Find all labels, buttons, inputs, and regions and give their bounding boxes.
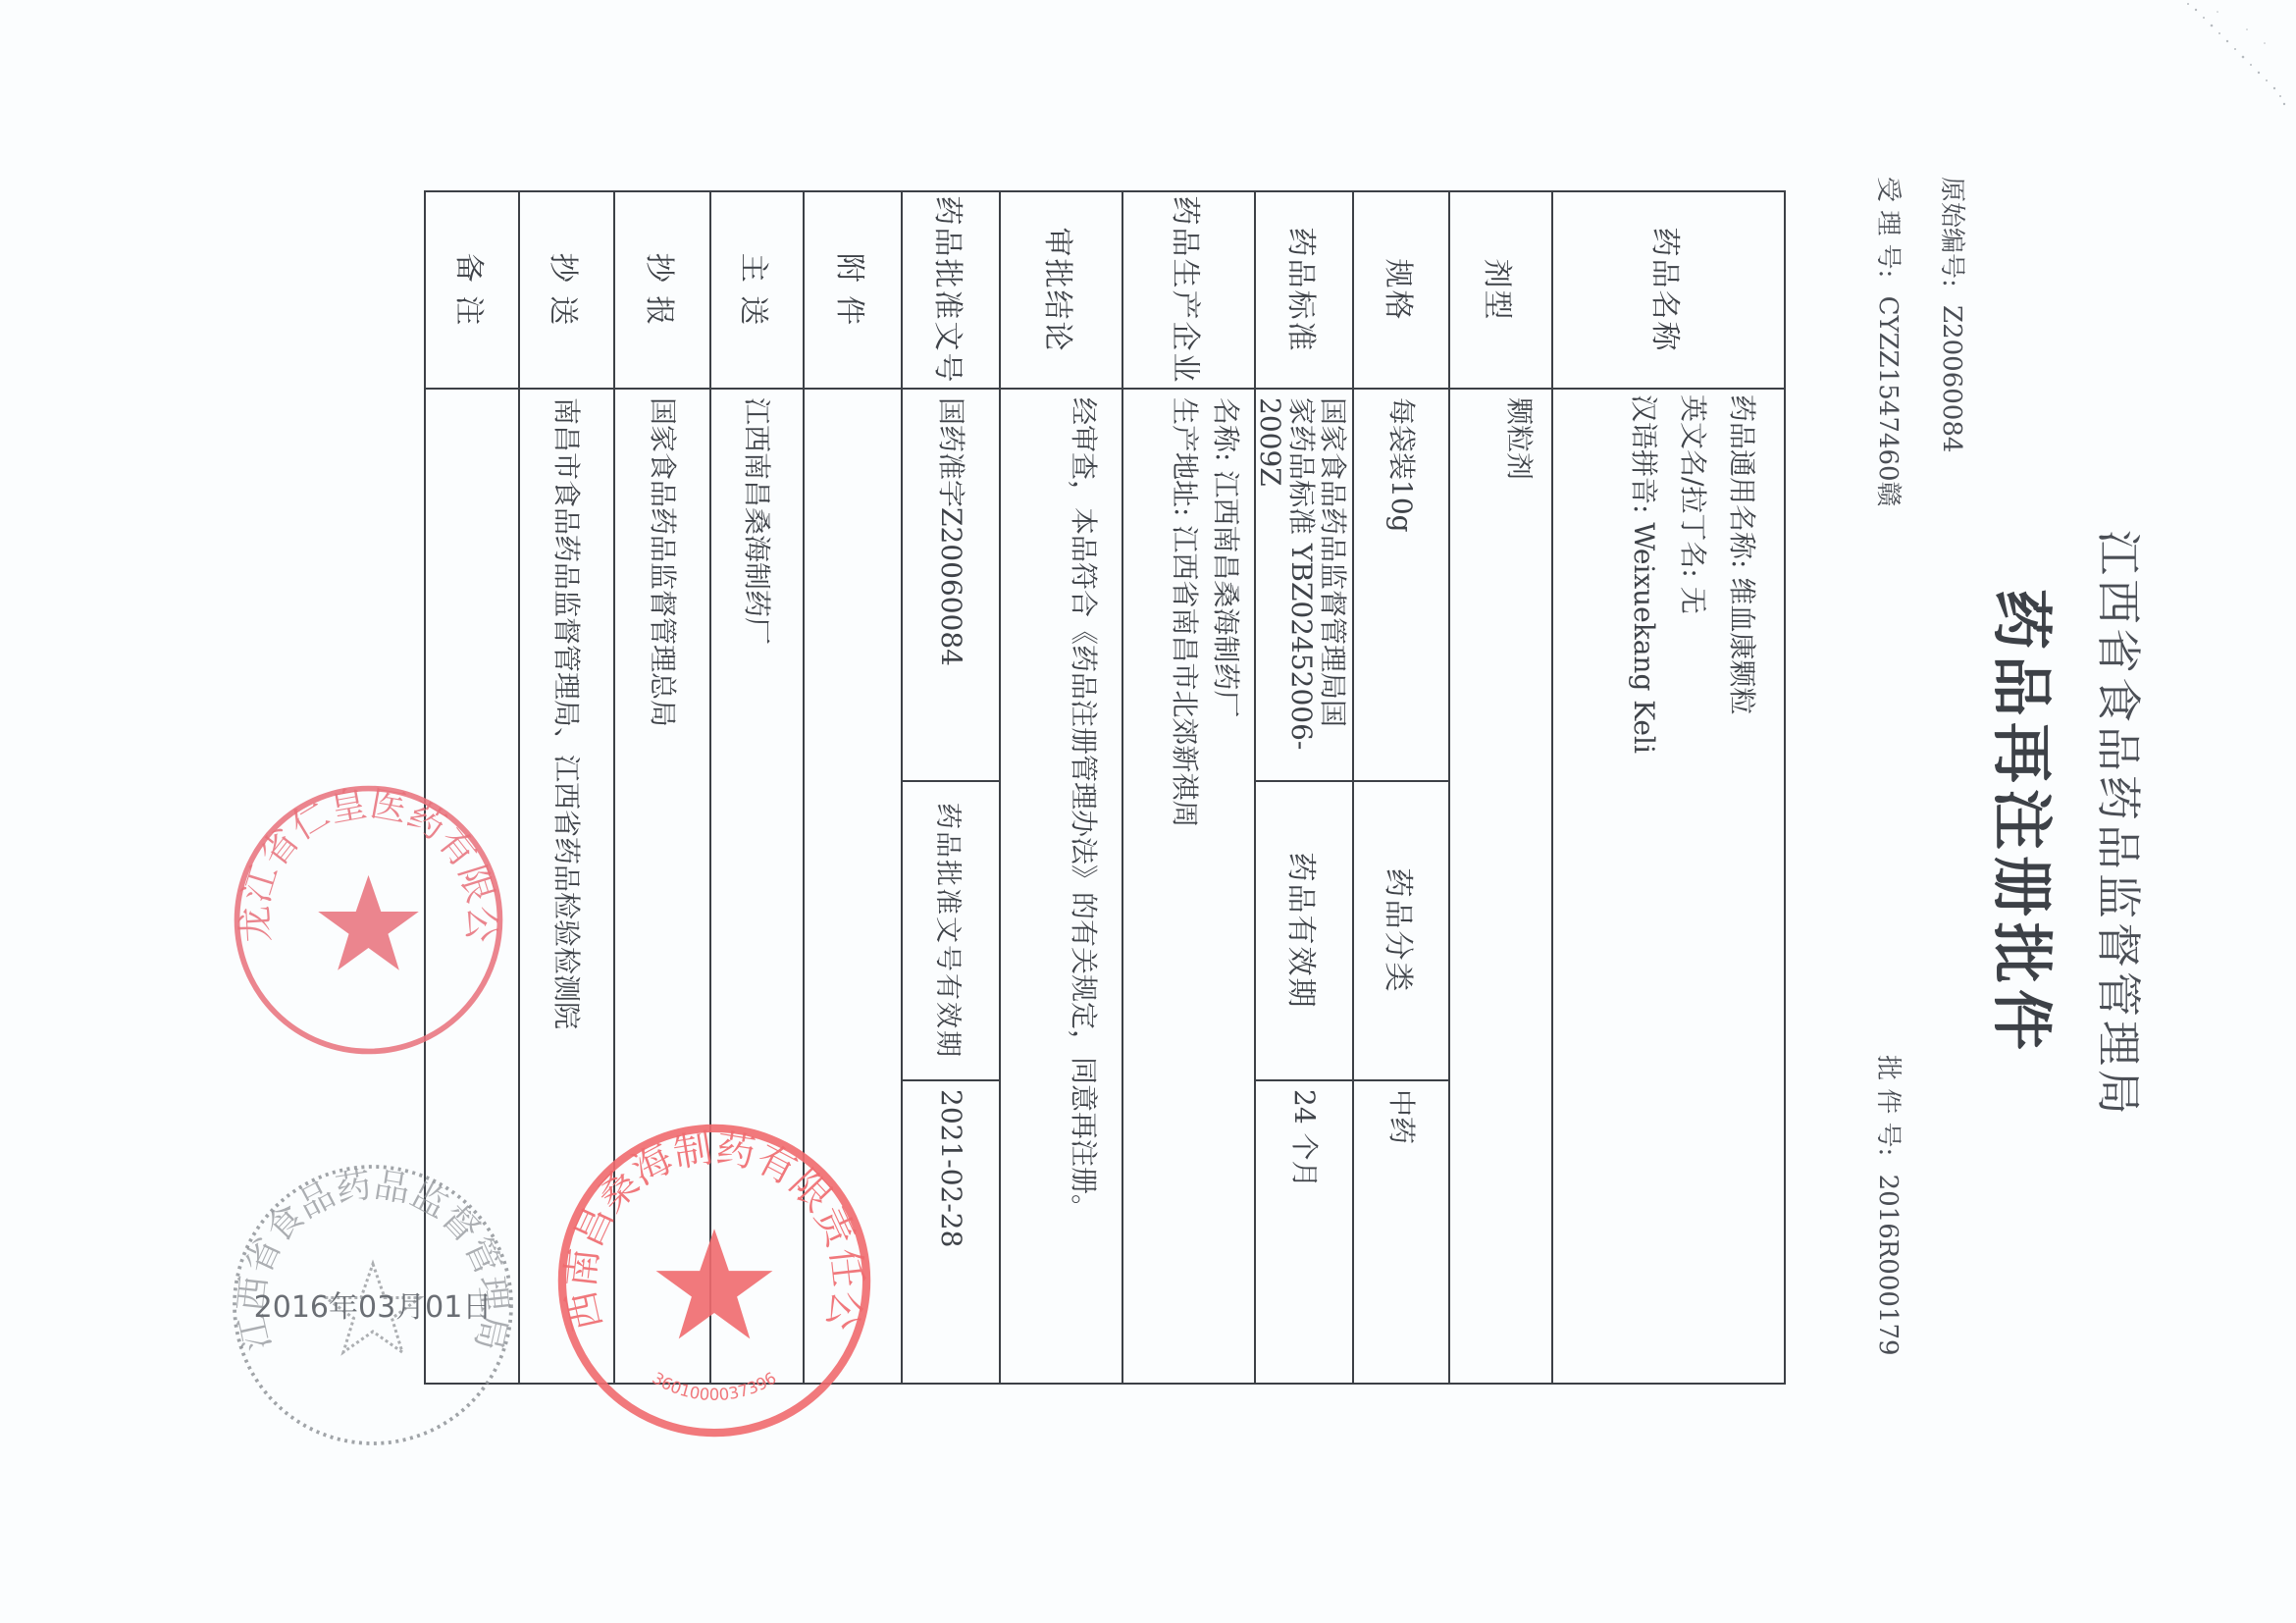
original-number-field: 原始编号: Z20060084 [1936, 177, 1972, 452]
approval-number-value: 2016R000179 [1873, 1175, 1903, 1356]
drug-name-values: 药品通用名称: 维血康颗粒 英文名/拉丁名: 无 汉语拼音: Weixuekan… [1545, 394, 1776, 1376]
dosage-form-value: 颗粒剂 [1489, 397, 1548, 1369]
label-conclusion: 审批结论 [1001, 192, 1122, 388]
document-title: 药品再注册批件 [1983, 589, 2070, 1056]
heilongjiang-company-stamp: 黑龙江省仁皇医药有限公司 [229, 780, 508, 1060]
label-copy-to: 抄 送 [520, 192, 613, 388]
svg-text:3601000037396: 3601000037396 [649, 1369, 779, 1404]
label-approval-number: 药品批准文号 [903, 192, 999, 388]
drug-category-value: 中药 [1354, 1089, 1448, 1379]
label-report-to: 抄 报 [615, 192, 709, 388]
specification-value: 每袋装10g [1354, 397, 1448, 775]
approval-number-value: 国药准字Z20060084 [903, 397, 999, 775]
label-specification: 规格 [1354, 192, 1448, 388]
generic-name: 药品通用名称: 维血康颗粒 [1717, 394, 1766, 714]
label-remarks: 备 注 [426, 192, 518, 388]
issuer-title: 江西省食品药品监督管理局 [2089, 530, 2154, 1119]
scan-artifact [2178, 0, 2296, 118]
label-main-recipient: 主 送 [711, 192, 803, 388]
pinyin-name: 汉语拼音: Weixuekang Keli [1619, 394, 1668, 754]
label-drug-category: 药品分类 [1354, 782, 1448, 1079]
approval-expiry-value: 2021-02-28 [903, 1089, 999, 1379]
label-dosage-form: 剂型 [1450, 192, 1551, 388]
approval-number-field: 批 件 号: 2016R000179 [1872, 1055, 1908, 1356]
manufacturer-values: 名称: 江西南昌桑海制药厂 生产地址: 江西省南昌市北郊新祺周 [1116, 397, 1254, 1369]
standard-value: 国家食品药品监督管理局国 家药品标准 YBZ02452006- 2009Z [1252, 397, 1352, 780]
conclusion-value: 经审查，本品符合《药品注册管理办法》的有关规定，同意再注册。 [981, 397, 1122, 1369]
svg-text:2016年03月01日: 2016年03月01日 [254, 1290, 493, 1325]
label-manufacturer: 药品生产企业 [1123, 192, 1254, 388]
acceptance-number-label: 受 理 号: [1873, 177, 1903, 278]
manufacturer-name: 名称: 江西南昌桑海制药厂 [1205, 397, 1246, 717]
document-page: 江西省食品药品监督管理局 药品再注册批件 原始编号: Z20060084 受 理… [0, 0, 2296, 1623]
label-drug-name: 药品名称 [1553, 192, 1784, 388]
label-standard: 药品标准 [1256, 192, 1352, 388]
english-name: 英文名/拉丁名: 无 [1668, 394, 1717, 614]
acceptance-number-value: CYZZ1547460赣 [1873, 296, 1903, 507]
fda-date-stamp: 江西省食品药品监督管理局 2016年03月01日 [226, 1158, 520, 1452]
label-validity: 药品有效期 [1256, 782, 1352, 1079]
approval-number-label: 批 件 号: [1873, 1055, 1903, 1156]
label-approval-expiry: 药品批准文号有效期 [903, 782, 999, 1079]
label-attachment: 附 件 [805, 192, 901, 388]
acceptance-number-field: 受 理 号: CYZZ1547460赣 [1872, 177, 1908, 507]
manufacturer-address: 生产地址: 江西省南昌市北郊新祺周 [1164, 397, 1205, 827]
original-number-label: 原始编号: [1937, 177, 1966, 288]
original-number-value: Z20060084 [1937, 305, 1966, 452]
sanghai-company-stamp: 江西南昌桑海制药有限责任公司 3601000037396 [552, 1119, 876, 1442]
validity-value: 24 个月 [1256, 1089, 1352, 1379]
